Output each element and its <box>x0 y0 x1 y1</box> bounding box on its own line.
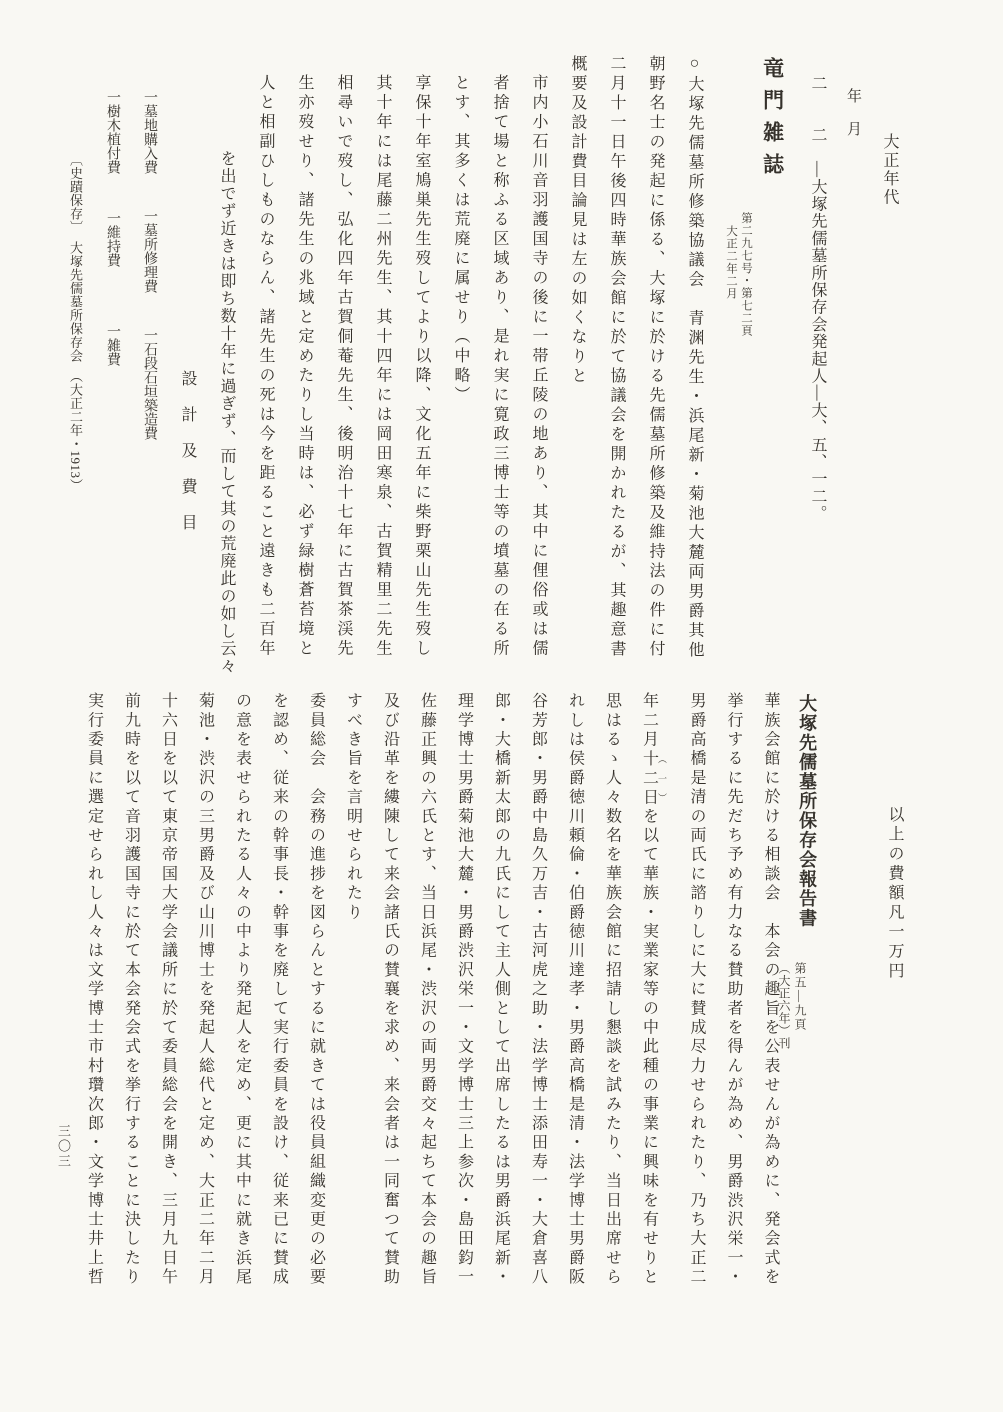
page-number: 三〇三 <box>57 1124 70 1169</box>
text-column: すべき旨を言明せられたり <box>345 692 361 1340</box>
fee-column-b: 一樹木植付費一維持費一雑費 <box>105 55 119 703</box>
source-citation: 〔史蹟保存〕 大塚先儒墓所保存会 （大正二年・1913） <box>69 55 82 703</box>
quote-column: を出でず近きは即ち数十年に過ぎず、而して其の荒廃此の如し云々 <box>218 55 234 703</box>
quote-column: 生亦歿せり、諸先生の兆域と定めたりし当時は、必ず緑樹蒼苔境と <box>296 55 312 703</box>
text-column: 佐藤正興の六氏とす、当日浜尾・渋沢の両男爵交々起ちて本会の趣旨 <box>419 692 435 1340</box>
journal-issue-ref: 第二九七号・第七二頁 <box>740 212 752 337</box>
report-title: 大塚先儒墓所保存会報告書 <box>798 694 816 928</box>
text-column: 谷芳郎・男爵中島久万吉・古河虎之助・法学博士添田寿一・大倉喜八 <box>530 692 546 1340</box>
journal-title: 竜門雑誌 <box>762 57 783 185</box>
fee-item: 一樹木植付費 <box>105 90 120 174</box>
journal-date-ref: 大正二年二月 <box>725 225 737 300</box>
text-column: 前九時を以て音羽護国寺に於て本会発会式を挙行することに決したり <box>123 692 139 1340</box>
date-after: を以て華族・実業家等の中此種の事業に興味を有せりと <box>641 807 658 1287</box>
quote-column: 享保十年室鳩巣先生歿してより以降、文化五年に柴野栗山先生歿し <box>413 55 429 703</box>
quote-column: 市内小石川音羽護国寺の後に一帯丘陵の地あり、其中に俚俗或は儒 <box>530 55 546 703</box>
text-column: 挙行するに先だち予め有力なる賛助者を得んが為め、男爵渋沢栄一・ <box>725 692 741 1340</box>
text-column: 概要及設計費目論見は左の如くなりと <box>569 55 585 703</box>
text-column: 男爵高橋是清の両氏に諮りしに大に賛成尽力せられたり、乃ち大正二 <box>688 692 704 1340</box>
text-column: 朝野名士の発起に係る、大塚に於ける先儒墓所修築及維持法の件に付 <box>647 55 663 703</box>
fee-item: 一石段石垣築造費 <box>142 328 157 440</box>
text-column: ○大塚先儒墓所修築協議会 青渊先生・浜尾新・菊池大麓両男爵其他 <box>686 55 702 703</box>
quote-column: 相尋いで歿し、弘化四年古賀侗菴先生、後明治十七年に古賀茶渓先 <box>335 55 351 703</box>
year-month-labels: 年月 <box>845 88 860 137</box>
date-base: 十二日 <box>641 750 658 808</box>
fee-item: 一雑費 <box>105 324 120 366</box>
text-column: 及び沿革を縷陳して来会諸氏の賛襄を求め、来会者は一同奮つて賛助 <box>382 692 398 1340</box>
text-column: 菊池・渋沢の三男爵及び山川博士を発起人総代と定め、大正二年二月 <box>197 692 213 1340</box>
text-column: 理学博士男爵菊池大麓・男爵渋沢栄一・文学博士三上参次・島田鈞一 <box>456 692 472 1340</box>
footnote-marker: （一） <box>657 750 667 808</box>
annotated-date-column: 年二月十二日（一）を以て華族・実業家等の中此種の事業に興味を有せりと <box>641 692 668 1340</box>
fee-item: 一維持費 <box>105 211 120 267</box>
report-pages-ref: 第五—九頁 <box>794 962 806 1032</box>
article1-body: ○大塚先儒墓所修築協議会 青渊先生・浜尾新・菊池大麓両男爵其他 朝野名士の発起に… <box>46 55 702 703</box>
fees-total-line: 以上の費額凡一万円 <box>886 806 902 982</box>
date-before: 年二月 <box>641 692 658 750</box>
text-column: 思はるゝ人々数名を華族会館に招請し懇談を試みたり、当日出席せら <box>604 692 620 1340</box>
quote-column: 者捨て場と称ふる区域あり、是れ実に寛政三博士等の墳墓の在る所 <box>491 55 507 703</box>
quote-column: 人と相副ひしものならん、諸先生の死は今を距ること遠きも二百年 <box>257 55 273 703</box>
report-date-ref: （大正六年）刊 <box>778 962 790 1050</box>
annotated-date: 十二日（一） <box>641 750 658 808</box>
text-column: 二月十一日午後四時華族会館に於て協議会を開かれたるが、其趣意書 <box>608 55 624 703</box>
month-label: 月 <box>845 121 861 137</box>
text-column: 十六日を以て東京帝国大学会議所に於て委員総会を開き、三月九日午 <box>160 692 176 1340</box>
scanned-document-page: 大正年代 年月 二 二 —大塚先儒墓所保存会発起人—大、五、一二。 竜門雑誌 第… <box>0 0 1003 1412</box>
quote-column: とす、其多くは荒廃に属せり（中略） <box>452 55 468 703</box>
quote-column: 其十年には尾藤二州先生、其十四年には岡田寒泉、古賀精里二先生 <box>374 55 390 703</box>
fee-item: 一墓地購入費 <box>142 90 157 174</box>
text-column: 華族会館に於ける相談会 本会の趣旨を公表せんが為めに、発会式を <box>762 692 778 1340</box>
article2-body: 華族会館に於ける相談会 本会の趣旨を公表せんが為めに、発会式を 挙行するに先だち… <box>65 692 779 1340</box>
fee-item: 一墓所修理費 <box>142 209 157 293</box>
text-column: 委員総会 会務の進捗を図らんとするに就きては役員組織変更の必要 <box>308 692 324 1340</box>
text-column: を認め、従来の幹事長・幹事を廃して実行委員を設け、従来已に賛成 <box>271 692 287 1340</box>
text-column: れしは侯爵徳川頼倫・伯爵徳川達孝・男爵高橋是清・法学博士男爵阪 <box>567 692 583 1340</box>
text-column: の意を表せられたる人々の中より発起人を定め、更に其中に就き浜尾 <box>234 692 250 1340</box>
fee-column-a: 一墓地購入費一墓所修理費一石段石垣築造費 <box>142 55 156 703</box>
cost-list-heading: 設計及費目 <box>179 55 195 703</box>
era-heading: 大正年代 <box>881 133 897 207</box>
chronology-entry: 二 二 —大塚先儒墓所保存会発起人—大、五、一二。 <box>809 75 825 522</box>
year-label: 年 <box>845 88 861 104</box>
text-column: 実行委員に選定せられし人々は文学博士市村瓚次郎・文学博士井上哲 <box>86 692 102 1340</box>
text-column: 郎・大橋新太郎の九氏にして主人側として出席したるは男爵浜尾新・ <box>493 692 509 1340</box>
